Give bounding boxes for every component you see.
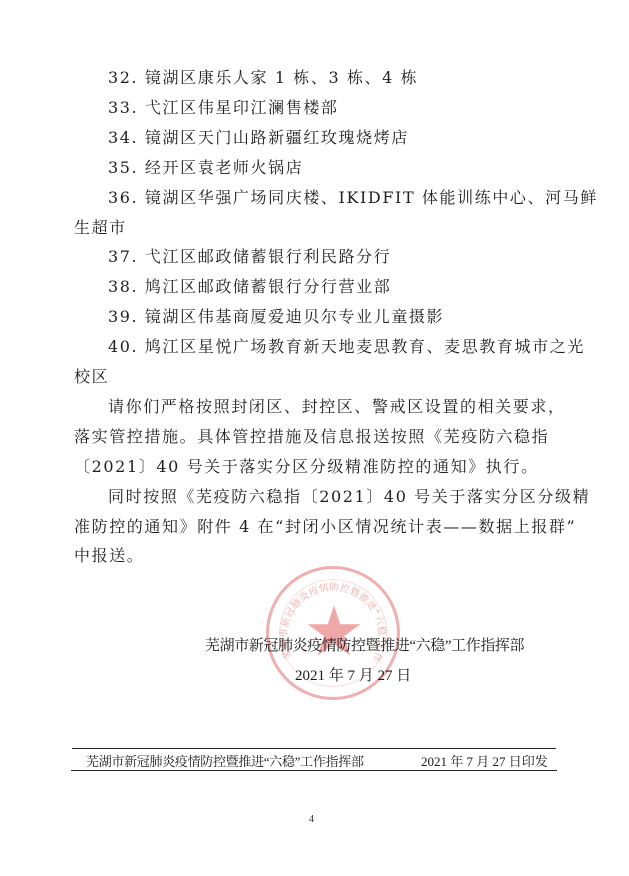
footer-rule-bottom [71, 770, 557, 771]
footer-issuer: 芜湖市新冠肺炎疫情防控暨推进“六稳”工作指挥部 [86, 751, 364, 770]
document-line: 40. 鸠江区星悦广场教育新天地麦思教育、麦思教育城市之光 [108, 332, 556, 362]
document-page: 32. 镜湖区康乐人家 1 栋、3 栋、4 栋33. 弋江区伟星印江澜售楼部34… [0, 0, 629, 876]
footer-rule-top [72, 748, 556, 749]
document-line: 中报送。 [74, 541, 556, 571]
document-line: 36. 镜湖区华强广场同庆楼、IKIDFIT 体能训练中心、河马鲜 [108, 183, 556, 213]
document-line: 生超市 [74, 213, 556, 243]
document-line: 校区 [74, 362, 556, 392]
document-line: 33. 弋江区伟星印江澜售楼部 [108, 93, 556, 123]
document-line: 同时按照《芜疫防六稳指〔2021〕40 号关于落实分区分级精 [108, 482, 556, 512]
document-line: 37. 弋江区邮政储蓄银行利民路分行 [108, 242, 556, 272]
signature-organization: 芜湖市新冠肺炎疫情防控暨推进“六稳”工作指挥部 [205, 634, 524, 655]
signature-date: 2021 年 7 月 27 日 [295, 664, 411, 685]
document-line: 38. 鸠江区邮政储蓄银行分行营业部 [108, 272, 556, 302]
document-line: 34. 镜湖区天门山路新疆红玫瑰烧烤店 [108, 123, 556, 153]
footer-issue-date: 2021 年 7 月 27 日印发 [421, 751, 548, 770]
document-line: 32. 镜湖区康乐人家 1 栋、3 栋、4 栋 [108, 63, 556, 93]
document-line: 35. 经开区袁老师火锅店 [108, 153, 556, 183]
page-number: 4 [309, 814, 314, 825]
document-line: 落实管控措施。具体管控措施及信息报送按照《芜疫防六稳指 [74, 422, 556, 452]
document-line: 〔2021〕40 号关于落实分区分级精准防控的通知》执行。 [74, 452, 556, 482]
document-line: 准防控的通知》附件 4 在“封闭小区情况统计表——数据上报群” [74, 512, 556, 542]
document-line: 39. 镜湖区伟基商厦爱迪贝尔专业儿童摄影 [108, 302, 556, 332]
document-line: 请你们严格按照封闭区、封控区、警戒区设置的相关要求， [108, 392, 556, 422]
